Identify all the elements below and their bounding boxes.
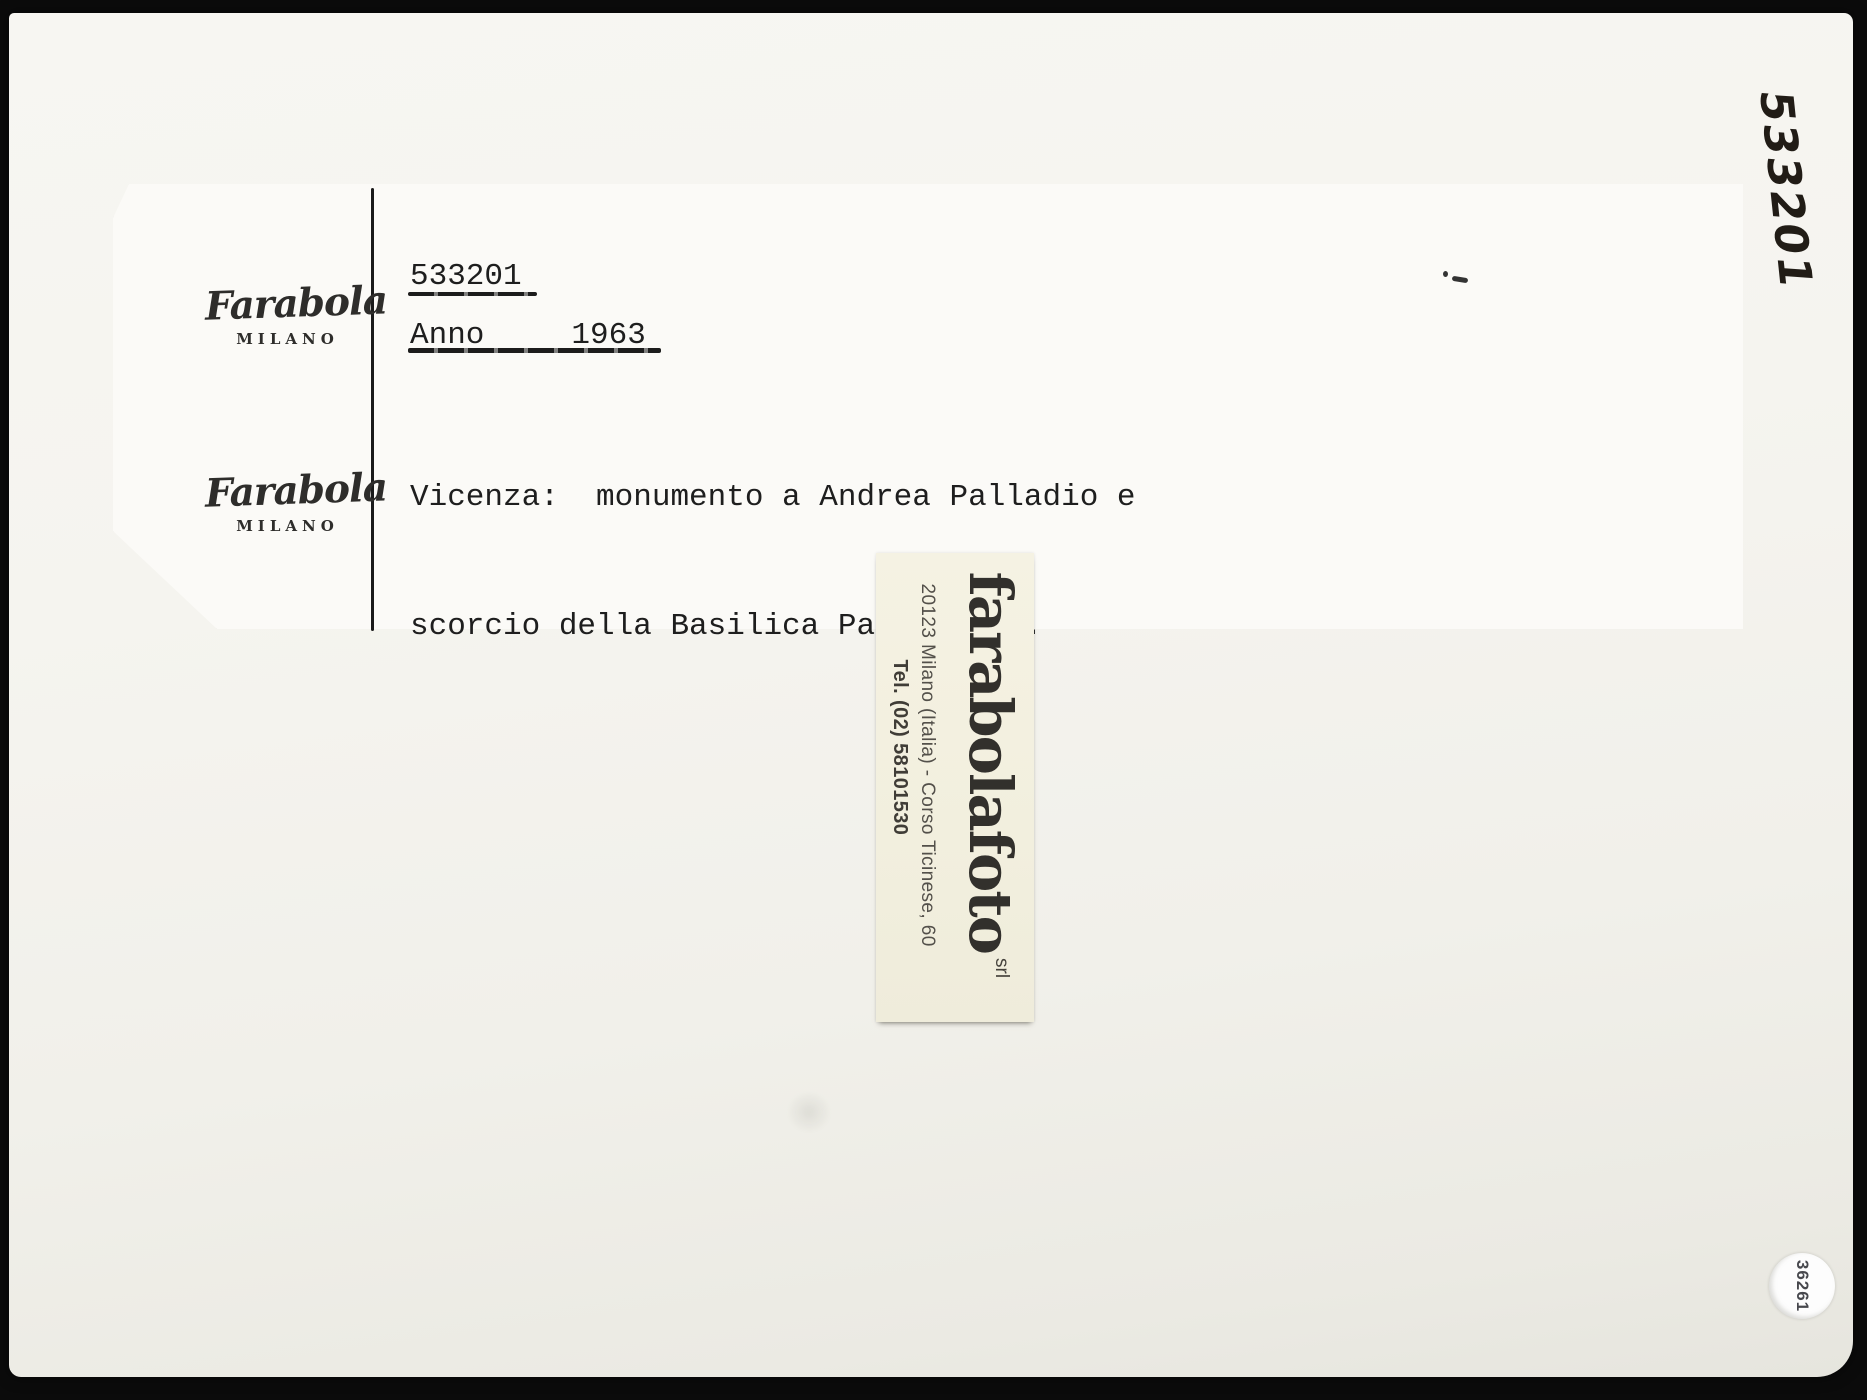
sticker-logo-text: farabolafoto xyxy=(956,571,1025,953)
stamp-city-text: MILANO xyxy=(205,517,365,535)
stamp-logo-text: Farabola xyxy=(204,281,365,327)
faint-smudge xyxy=(778,1083,840,1141)
corner-number-text: 36261 xyxy=(1792,1260,1812,1312)
corner-number-sticker: 36261 xyxy=(1769,1253,1835,1319)
farabola-stamp-bottom: Farabola MILANO xyxy=(205,471,365,535)
sticker-phone-text: Tel. (02) 58101530 xyxy=(888,659,911,1022)
farabola-stamp-top: Farabola MILANO xyxy=(205,284,365,348)
stamp-logo-text: Farabola xyxy=(204,468,365,514)
sticker-address-text: 20123 Milano (Italia) - Corso Ticinese, … xyxy=(916,583,938,1022)
caption-line-1: Vicenza: monumento a Andrea Palladio e xyxy=(410,476,1136,519)
scanner-background: Farabola MILANO Farabola MILANO 533201 A… xyxy=(0,0,1867,1400)
ink-speck xyxy=(1443,271,1448,277)
card-divider-line xyxy=(371,188,374,631)
typed-archive-number: 533201 xyxy=(410,259,522,294)
archive-number-underline xyxy=(408,292,537,296)
farabolafoto-sticker: farabolafotosrl 20123 Milano (Italia) - … xyxy=(876,553,1034,1022)
sticker-logo-line: farabolafotosrl xyxy=(942,571,1022,1022)
year-underline xyxy=(408,348,661,353)
stamp-city-text: MILANO xyxy=(205,330,365,348)
farabolafoto-sticker-content: farabolafotosrl 20123 Milano (Italia) - … xyxy=(876,553,1034,1022)
sticker-logo-suffix: srl xyxy=(991,958,1012,978)
